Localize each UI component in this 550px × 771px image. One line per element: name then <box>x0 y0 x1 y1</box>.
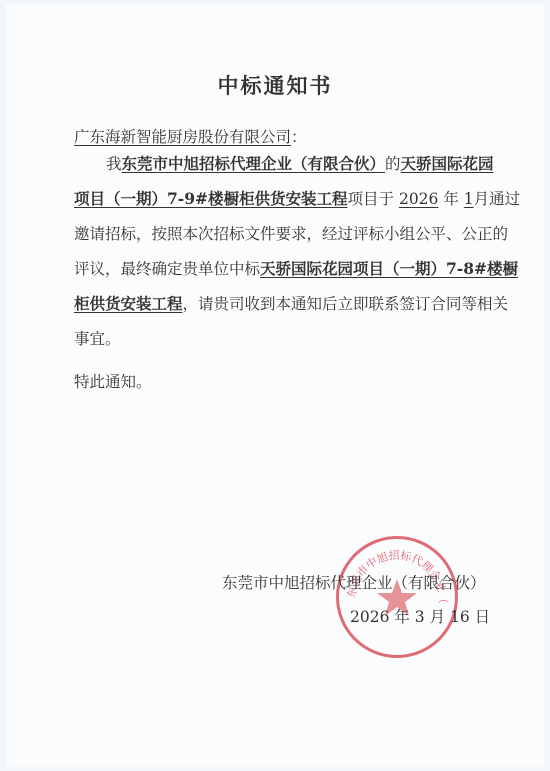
signature-organization: 东莞市中旭招标代理企业（有限合伙） <box>222 571 486 593</box>
addressee: 广东海新智能厨房股份有限公司： <box>74 125 307 147</box>
addressee-company: 广东海新智能厨房股份有限公司 <box>74 128 291 146</box>
tender-year: 2026 <box>399 190 438 208</box>
text: 月通过 <box>474 190 521 208</box>
tender-month: 1 <box>464 190 474 208</box>
addressee-suffix: ： <box>291 128 307 146</box>
body-line-4: 评议，最终确定贵单位中标天骄国际花园项目（一期）7-8#楼橱 <box>74 257 518 279</box>
project-name-part: 天骄国际花园 <box>401 154 494 173</box>
project-name-part: 项目（一期）7-9#楼橱柜供货安装工程 <box>74 189 348 208</box>
signature-date: 2026 年 3 月 16 日 <box>350 605 490 627</box>
body-line-5: 柜供货安装工程，请贵司收到本通知后立即联系签订合同等相关 <box>74 292 508 314</box>
seal-star-icon: 东莞市中旭招标代理企业（有限合伙） <box>339 539 455 655</box>
body-line-6: 事宜。 <box>74 327 121 349</box>
body-line-1: 我东莞市中旭招标代理企业（有限合伙）的天骄国际花园 <box>106 152 494 174</box>
body-line-3: 邀请招标，按照本次招标文件要求，经过评标小组公平、公正的 <box>74 222 508 244</box>
text: 我 <box>106 155 122 173</box>
winning-project-part: 柜供货安装工程 <box>74 294 183 313</box>
text: 的 <box>385 155 401 173</box>
body-line-2: 项目（一期）7-9#楼橱柜供货安装工程项目于 2026 年 1月通过 <box>74 187 520 209</box>
text: 年 <box>443 190 459 208</box>
official-seal-stamp: 东莞市中旭招标代理企业（有限合伙） <box>336 536 458 658</box>
text: 评议，最终确定贵单位中标 <box>74 260 260 278</box>
closing-text: 特此通知。 <box>74 370 152 392</box>
text: 项目于 <box>348 190 395 208</box>
text: ，请贵司收到本通知后立即联系签订合同等相关 <box>183 295 509 313</box>
agent-name: 东莞市中旭招标代理企业（有限合伙） <box>122 154 386 173</box>
document-title: 中标通知书 <box>0 70 550 100</box>
winning-project-part: 天骄国际花园项目（一期）7-8#楼橱 <box>260 259 518 278</box>
